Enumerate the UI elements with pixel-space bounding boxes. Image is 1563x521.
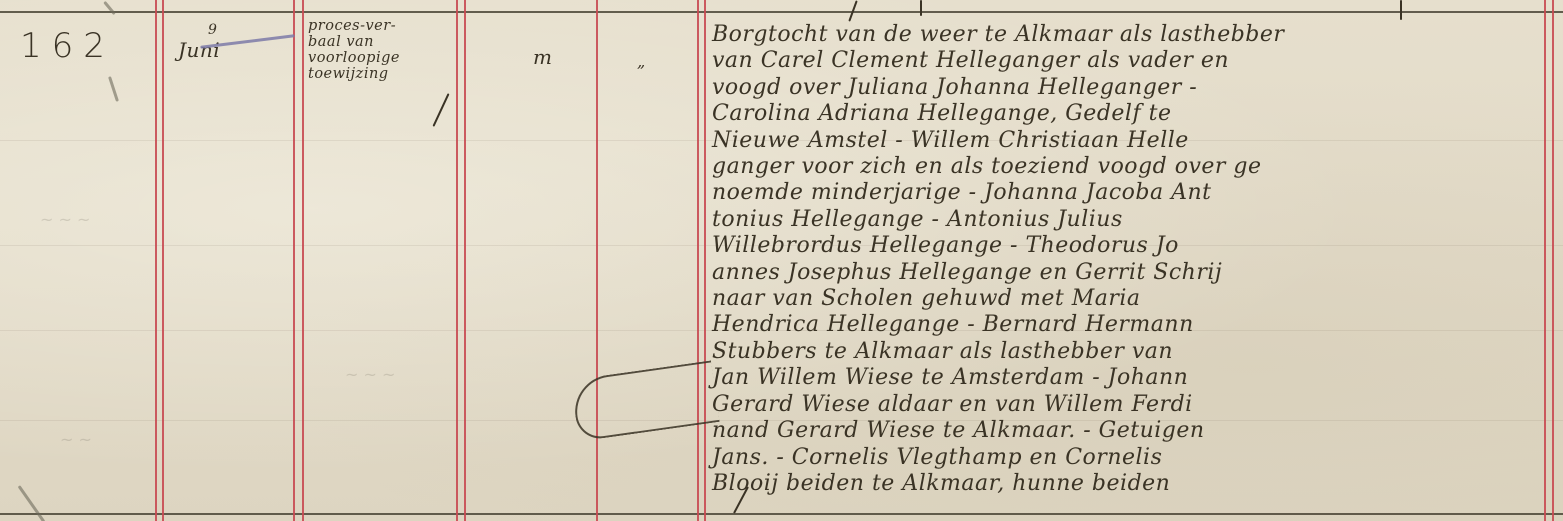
column-rule	[704, 0, 706, 521]
act-nature-line: baal van	[308, 34, 374, 50]
ink-stroke	[1400, 0, 1402, 20]
column-rule	[456, 0, 458, 521]
body-line: Gerard Wiese aldaar en van Willem Ferdi	[712, 392, 1284, 418]
body-line: Nieuwe Amstel - Willem Christiaan Helle	[712, 128, 1284, 154]
body-line: naar van Scholen gehuwd met Maria	[712, 286, 1284, 312]
body-line: ganger voor zich en als toeziend voogd o…	[712, 154, 1284, 180]
bleed-through-text: ~ ~ ~	[345, 365, 395, 384]
act-nature-line: voorloopige	[308, 50, 400, 66]
column-rule	[155, 0, 157, 521]
body-line: nand Gerard Wiese te Alkmaar. - Getuigen	[712, 418, 1284, 444]
pencil-mark	[108, 76, 119, 102]
column-rule	[464, 0, 466, 521]
sex-mark: m	[533, 45, 552, 69]
body-line: Hendrica Hellegange - Bernard Hermann	[712, 312, 1284, 338]
column-rule	[293, 0, 295, 521]
body-line: Willebrordus Hellegange - Theodorus Jo	[712, 233, 1284, 259]
body-line: Carolina Adriana Hellegange, Gedelf te	[712, 101, 1284, 127]
body-line: Stubbers te Alkmaar als lasthebber van	[712, 339, 1284, 365]
entry-body: Borgtocht van de weer te Alkmaar als las…	[712, 22, 1284, 497]
entry-number: 162	[20, 26, 115, 66]
entry-day: 9	[208, 22, 217, 38]
pencil-mark	[18, 485, 46, 521]
body-line: van Carel Clement Helleganger als vader …	[712, 48, 1284, 74]
column-rule	[1544, 0, 1546, 521]
ink-stroke	[920, 0, 922, 16]
column-rule	[162, 0, 164, 521]
column-rule	[697, 0, 699, 521]
bleed-through-text: ~ ~ ~	[40, 210, 90, 229]
bottom-row-rule	[0, 513, 1563, 515]
ditto-mark: „	[637, 52, 646, 71]
body-line: Borgtocht van de weer te Alkmaar als las…	[712, 22, 1284, 48]
body-line: Blooij beiden te Alkmaar, hunne beiden	[712, 471, 1284, 497]
body-line: noemde minderjarige - Johanna Jacoba Ant	[712, 180, 1284, 206]
entry-month: Juni	[178, 38, 220, 62]
column-rule	[302, 0, 304, 521]
body-line: voogd over Juliana Johanna Helleganger -	[712, 75, 1284, 101]
top-row-rule	[0, 11, 1563, 13]
body-line: annes Josephus Hellegange en Gerrit Schr…	[712, 260, 1284, 286]
body-line: tonius Hellegange - Antonius Julius	[712, 207, 1284, 233]
ink-stroke	[432, 93, 449, 126]
column-rule	[596, 0, 598, 521]
act-nature-line: toewijzing	[308, 66, 389, 82]
register-page: ~ ~ ~ ~ ~ ~ ~ ~ 162 9 Juni proces-ver- b…	[0, 0, 1563, 521]
bleed-through-text: ~ ~	[60, 430, 92, 449]
column-rule	[1552, 0, 1554, 521]
act-nature-line: proces-ver-	[308, 18, 396, 34]
body-line: Jan Willem Wiese te Amsterdam - Johann	[712, 365, 1284, 391]
body-line: Jans. - Cornelis Vlegthamp en Cornelis	[712, 445, 1284, 471]
